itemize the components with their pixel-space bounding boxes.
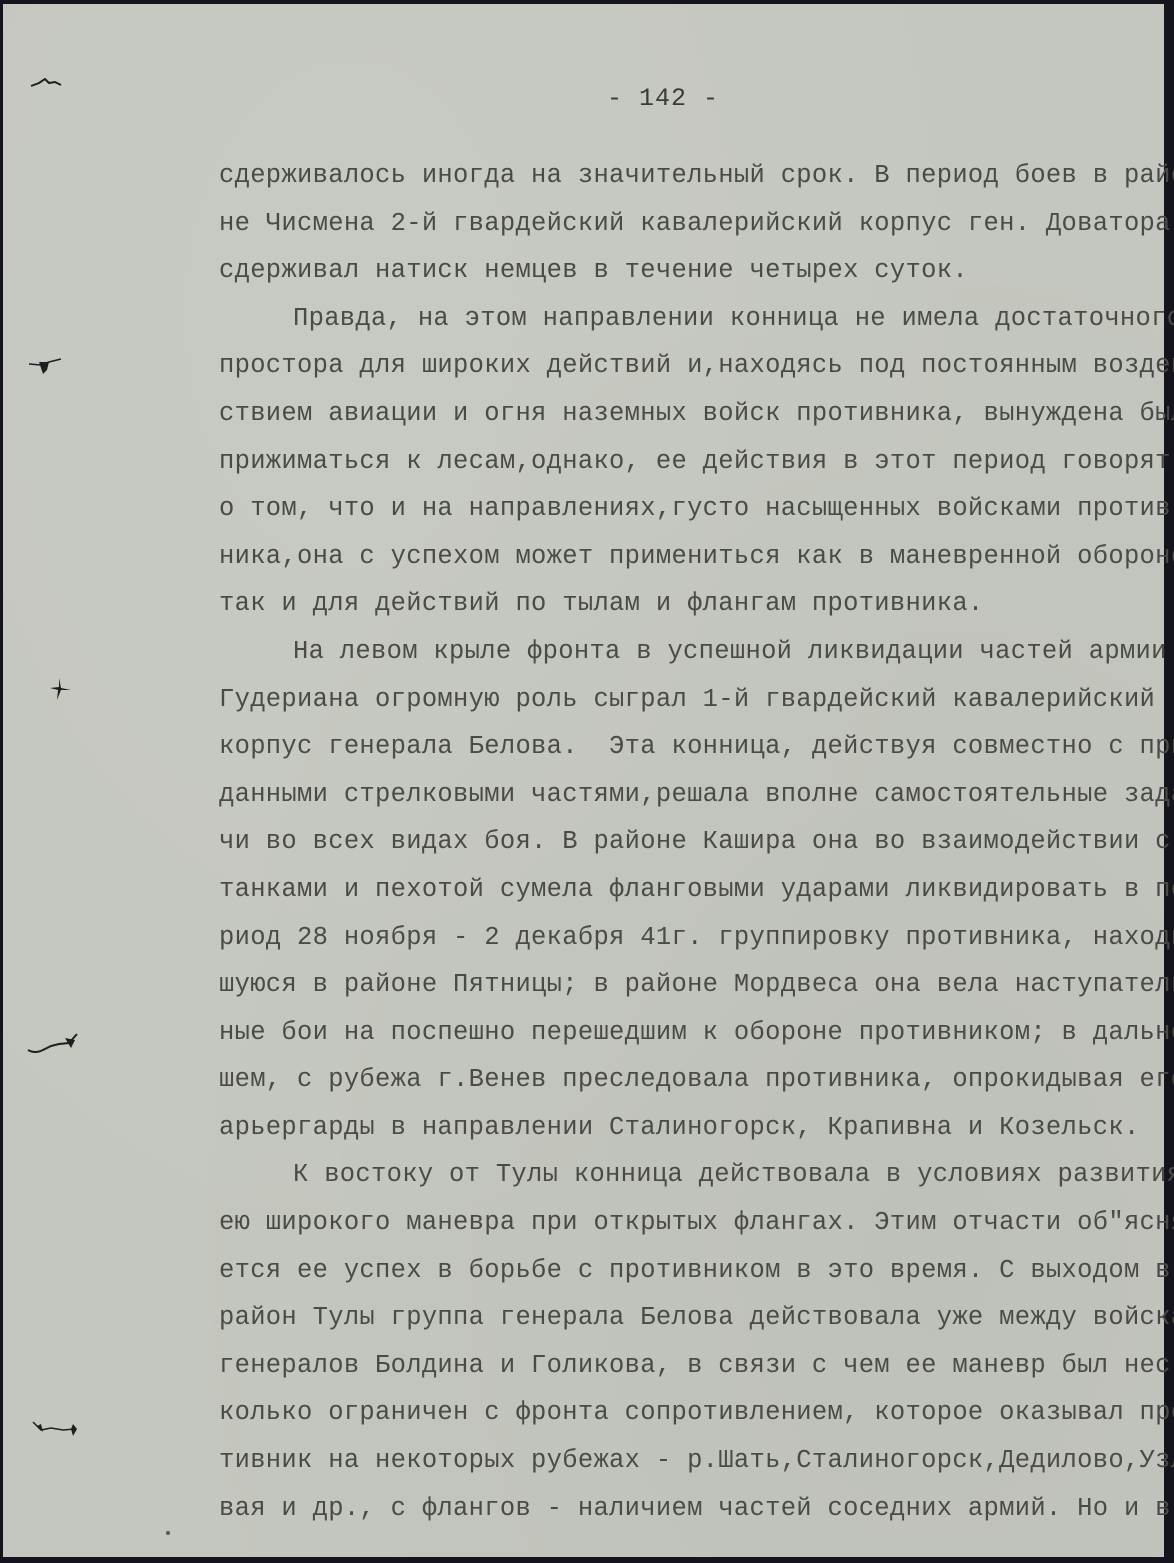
text-line: о том, что и на направлениях,густо насыщ… — [219, 485, 1174, 533]
punch-hole-mark — [25, 1026, 85, 1056]
punch-hole-mark — [29, 1414, 95, 1440]
text-line: чи во всех видах боя. В районе Кашира он… — [219, 818, 1174, 866]
text-line: ею широкого маневра при открытых флангах… — [219, 1199, 1174, 1247]
text-line: прижиматься к лесам,однако, ее действия … — [219, 438, 1174, 486]
document-body: сдерживалось иногда на значительный срок… — [219, 152, 1174, 1532]
text-line: генералов Болдина и Голикова, в связи с … — [219, 1342, 1174, 1390]
text-line: К востоку от Тулы конница действовала в … — [219, 1151, 1174, 1199]
text-line: Правда, на этом направлении конница не и… — [219, 295, 1174, 343]
text-line: танками и пехотой сумела фланговыми удар… — [219, 866, 1174, 914]
text-line: ника,она с успехом может примениться как… — [219, 533, 1174, 581]
text-line: шем, с рубежа г.Венев преследовала проти… — [219, 1056, 1174, 1104]
text-line: арьергарды в направлении Сталиногорск, К… — [219, 1104, 1174, 1152]
text-line: тивник на некоторых рубежах - р.Шать,Ста… — [219, 1437, 1174, 1485]
text-line: риод 28 ноября - 2 декабря 41г. группиро… — [219, 914, 1174, 962]
text-line: ствием авиации и огня наземных войск про… — [219, 390, 1174, 438]
text-line: сдерживалось иногда на значительный срок… — [219, 152, 1174, 200]
text-line: вая и др., с флангов - наличием частей с… — [219, 1485, 1174, 1533]
text-line: простора для широких действий и,находясь… — [219, 342, 1174, 390]
text-line: колько ограничен с фронта сопротивлением… — [219, 1389, 1174, 1437]
text-line: На левом крыле фронта в успешной ликвида… — [219, 628, 1174, 676]
text-line: корпус генерала Белова. Эта конница, дей… — [219, 723, 1174, 771]
page-number: - 142 - — [3, 84, 1174, 113]
text-line: так и для действий по тылам и флангам пр… — [219, 580, 1174, 628]
text-line: сдерживал натиск немцев в течение четыре… — [219, 247, 1174, 295]
text-line: ется ее успех в борьбе с противником в э… — [219, 1247, 1174, 1295]
punch-hole-mark — [29, 74, 65, 90]
text-line: Гудериана огромную роль сыграл 1-й гвард… — [219, 676, 1174, 724]
paper-speck — [166, 1531, 170, 1535]
punch-hole-mark — [27, 356, 67, 378]
text-line: ные бои на поспешно перешедшим к обороне… — [219, 1009, 1174, 1057]
text-line: данными стрелковыми частями,решала вполн… — [219, 771, 1174, 819]
text-line: район Тулы группа генерала Белова действ… — [219, 1294, 1174, 1342]
document-page: - 142 - сдерживалось иногда на значитель… — [3, 4, 1164, 1557]
punch-hole-mark — [47, 676, 73, 702]
text-line: шуюся в районе Пятницы; в районе Мордвес… — [219, 961, 1174, 1009]
text-line: не Чисмена 2-й гвардейский кавалерийский… — [219, 200, 1174, 248]
